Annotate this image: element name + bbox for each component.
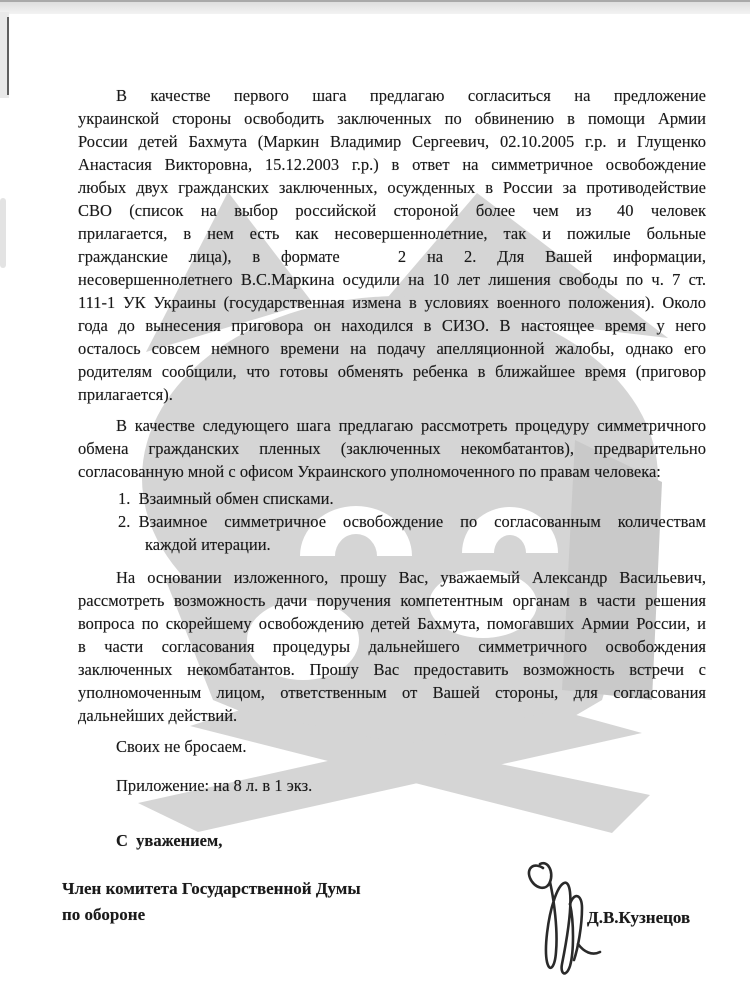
signer-name: Д.В.Кузнецов — [587, 908, 690, 928]
letter-body: В качестве первого шага предлагаю соглас… — [78, 84, 706, 852]
signature-block: Д.В.Кузнецов — [512, 852, 722, 992]
text-line: 111-1 УК Украины (государственная измена… — [78, 291, 706, 314]
list-item-symmetric-release: 2. Взаимное симметричное освобождение по… — [78, 510, 706, 556]
text-line: дальнейших действий. — [78, 704, 706, 727]
exchange-steps-list: 1. Взаимный обмен списками. 2. Взаимное … — [78, 487, 706, 556]
text-line: вопроса по скорейшему освобождению детей… — [78, 612, 706, 635]
text-line: осталось совсем немного времени на подач… — [78, 337, 706, 360]
paragraph-first-step: В качестве первого шага предлагаю соглас… — [78, 84, 706, 406]
text-line: несовершеннолетнего В.С.Маркина осудили … — [78, 268, 706, 291]
text-line: 1. Взаимный обмен списками. — [118, 487, 706, 510]
text-line: родителям сообщили, что готовы обменять … — [78, 360, 706, 383]
paragraph-slogan: Своих не бросаем. — [78, 735, 706, 758]
closing-salutation: С уважением, — [78, 829, 706, 852]
text-line: В качестве следующего шага предлагаю рас… — [78, 414, 706, 437]
text-line: Приложение: на 8 л. в 1 экз. — [78, 774, 706, 797]
text-line: гражданские лица), в формате 2 на 2. Для… — [78, 245, 706, 268]
list-item-mutual-lists: 1. Взаимный обмен списками. — [78, 487, 706, 510]
text-line: прилагается, в нем есть как несовершенно… — [78, 222, 706, 245]
paragraph-next-step: В качестве следующего шага предлагаю рас… — [78, 414, 706, 483]
scan-left-smudge — [0, 198, 6, 268]
text-line: уполномоченным лицом, ответственным от В… — [78, 681, 706, 704]
text-line: любых двух гражданских заключенных, осуж… — [78, 176, 706, 199]
text-line: Анастасия Викторовна, 15.12.2003 г.р.) в… — [78, 153, 706, 176]
text-line: согласованную мной с офисом Украинского … — [78, 460, 706, 483]
signer-title-line2: по обороне — [62, 902, 361, 928]
text-line: каждой итерации. — [145, 533, 706, 556]
text-line: прилагается). — [78, 383, 706, 406]
text-line: года до вынесения приговора он находился… — [78, 314, 706, 337]
signer-title: Член комитета Государственной Думы по об… — [62, 876, 361, 928]
signer-title-line1: Член комитета Государственной Думы — [62, 876, 361, 902]
paragraph-attachment: Приложение: на 8 л. в 1 экз. — [78, 774, 706, 797]
text-line: обмена гражданских пленных (заключенных … — [78, 437, 706, 460]
text-line: Своих не бросаем. — [78, 735, 706, 758]
paragraph-request: На основании изложенного, прошу Вас, ува… — [78, 566, 706, 727]
text-line: заключенных некомбатантов. Прошу Вас пре… — [78, 658, 706, 681]
text-line: В качестве первого шага предлагаю соглас… — [78, 84, 706, 107]
scan-top-strip — [0, 0, 750, 14]
text-line: На основании изложенного, прошу Вас, ува… — [78, 566, 706, 589]
closing-text: С уважением, — [78, 829, 706, 852]
text-line: в части согласования процедуры дальнейше… — [78, 635, 706, 658]
text-line: 2. Взаимное симметричное освобождение по… — [118, 510, 706, 533]
text-line: России детей Бахмута (Маркин Владимир Се… — [78, 130, 706, 153]
text-line: СВО (список на выбор российской стороной… — [78, 199, 706, 222]
text-line: рассмотреть возможность дачи поручения к… — [78, 589, 706, 612]
text-line: украинской стороны освободить заключенны… — [78, 107, 706, 130]
scan-left-line — [7, 17, 9, 95]
